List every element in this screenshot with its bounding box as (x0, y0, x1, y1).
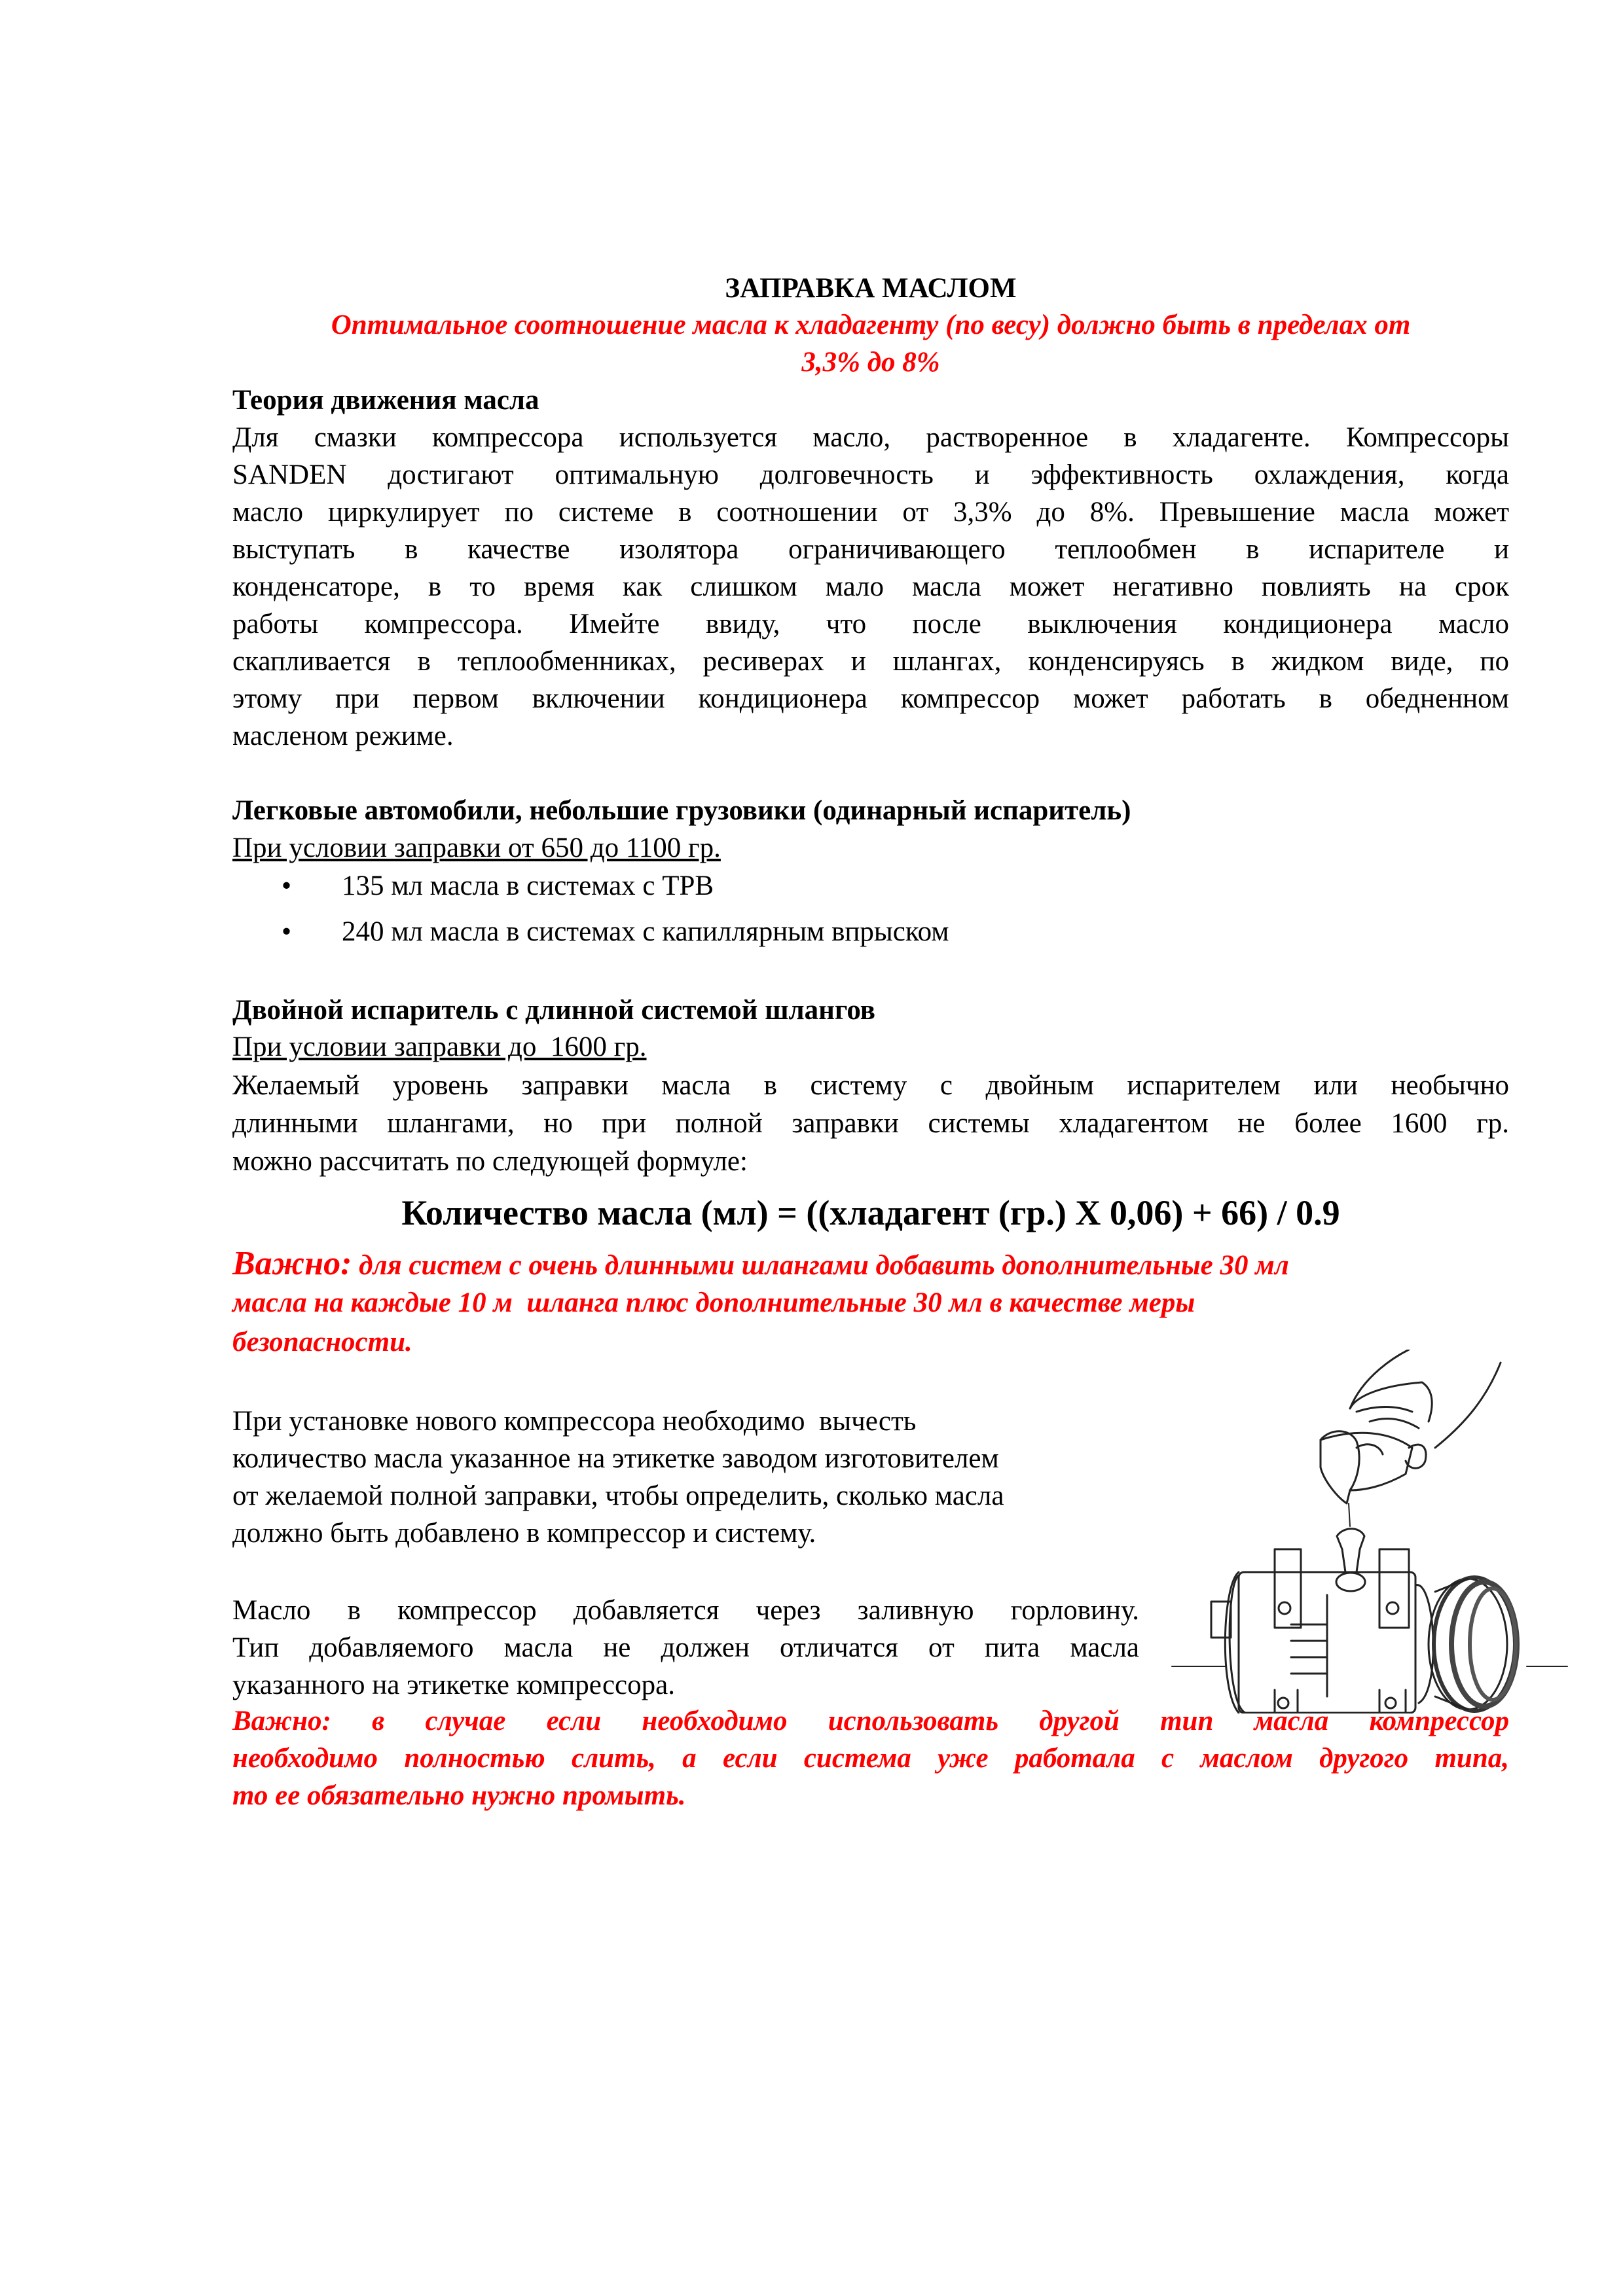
theory-line: масло циркулирует по системе в соотношен… (232, 493, 1509, 531)
single-evaporator-heading: Легковые автомобили, небольшие грузовики… (232, 792, 1509, 829)
list-item-text: 240 мл масла в системах с капиллярным вп… (342, 913, 949, 950)
theory-line: работы компрессора. Имейте ввиду, что по… (232, 605, 1509, 643)
dual-evaporator-heading: Двойной испаритель с длинной системой шл… (232, 992, 1509, 1029)
document-page: ЗАПРАВКА МАСЛОМ Оптимальное соотношение … (0, 0, 1623, 2296)
theory-heading: Теория движения масла (232, 382, 1509, 419)
important-text: для систем с очень длинными шлангами доб… (352, 1250, 1288, 1281)
filling-line: Масло в компрессор добавляется через зал… (232, 1592, 1139, 1629)
important-note-2-line: то ее обязательно нужно промыть. (232, 1777, 1509, 1814)
theory-line: скапливается в теплообменниках, ресивера… (232, 643, 1509, 680)
oil-formula: Количество масла (мл) = ((хладагент (гр.… (232, 1191, 1509, 1234)
theory-line: этому при первом включении кондиционера … (232, 680, 1509, 717)
subtitle-line-1: Оптимальное соотношение масла к хладаген… (232, 306, 1509, 344)
theory-line: Для смазки компрессора используется масл… (232, 419, 1509, 456)
list-item-text: 135 мл масла в системах с ТРВ (342, 867, 714, 905)
dual-evaporator-condition: При условии заправки до 1600 гр. (232, 1028, 1509, 1066)
condition-text: При условии заправки до 1600 гр. (232, 1031, 647, 1062)
filling-line: Тип добавляемого масла не должен отличат… (232, 1629, 1139, 1666)
bullet-icon: • (282, 913, 291, 950)
condition-text: При условии заправки от 650 до 1100 гр. (232, 833, 721, 863)
subtitle-line-2: 3,3% до 8% (232, 344, 1509, 381)
theory-line: SANDEN достигают оптимальную долговечнос… (232, 456, 1509, 493)
bullet-icon: • (282, 867, 291, 905)
important-label: Важно: (232, 1245, 352, 1282)
important-note-1-line: Важно: для систем с очень длинными шланг… (232, 1245, 1509, 1284)
compressor-icon (1160, 1350, 1577, 1713)
page-title: ЗАПРАВКА МАСЛОМ (232, 270, 1509, 307)
compressor-oil-filling-illustration (1160, 1350, 1577, 1713)
theory-line: выступать в качестве изолятора ограничив… (232, 531, 1509, 568)
theory-line: масленом режиме. (232, 717, 1509, 755)
single-evaporator-condition: При условии заправки от 650 до 1100 гр. (232, 829, 1509, 867)
dual-line: Желаемый уровень заправки масла в систем… (232, 1067, 1509, 1104)
dual-line: длинными шлангами, но при полной заправк… (232, 1105, 1509, 1142)
dual-line: можно рассчитать по следующей формуле: (232, 1143, 1509, 1180)
important-note-1-line: масла на каждые 10 м шланга плюс дополни… (232, 1284, 1509, 1321)
important-note-2-line: необходимо полностью слить, а если систе… (232, 1740, 1509, 1777)
theory-line: конденсаторе, в то время как слишком мал… (232, 568, 1509, 605)
